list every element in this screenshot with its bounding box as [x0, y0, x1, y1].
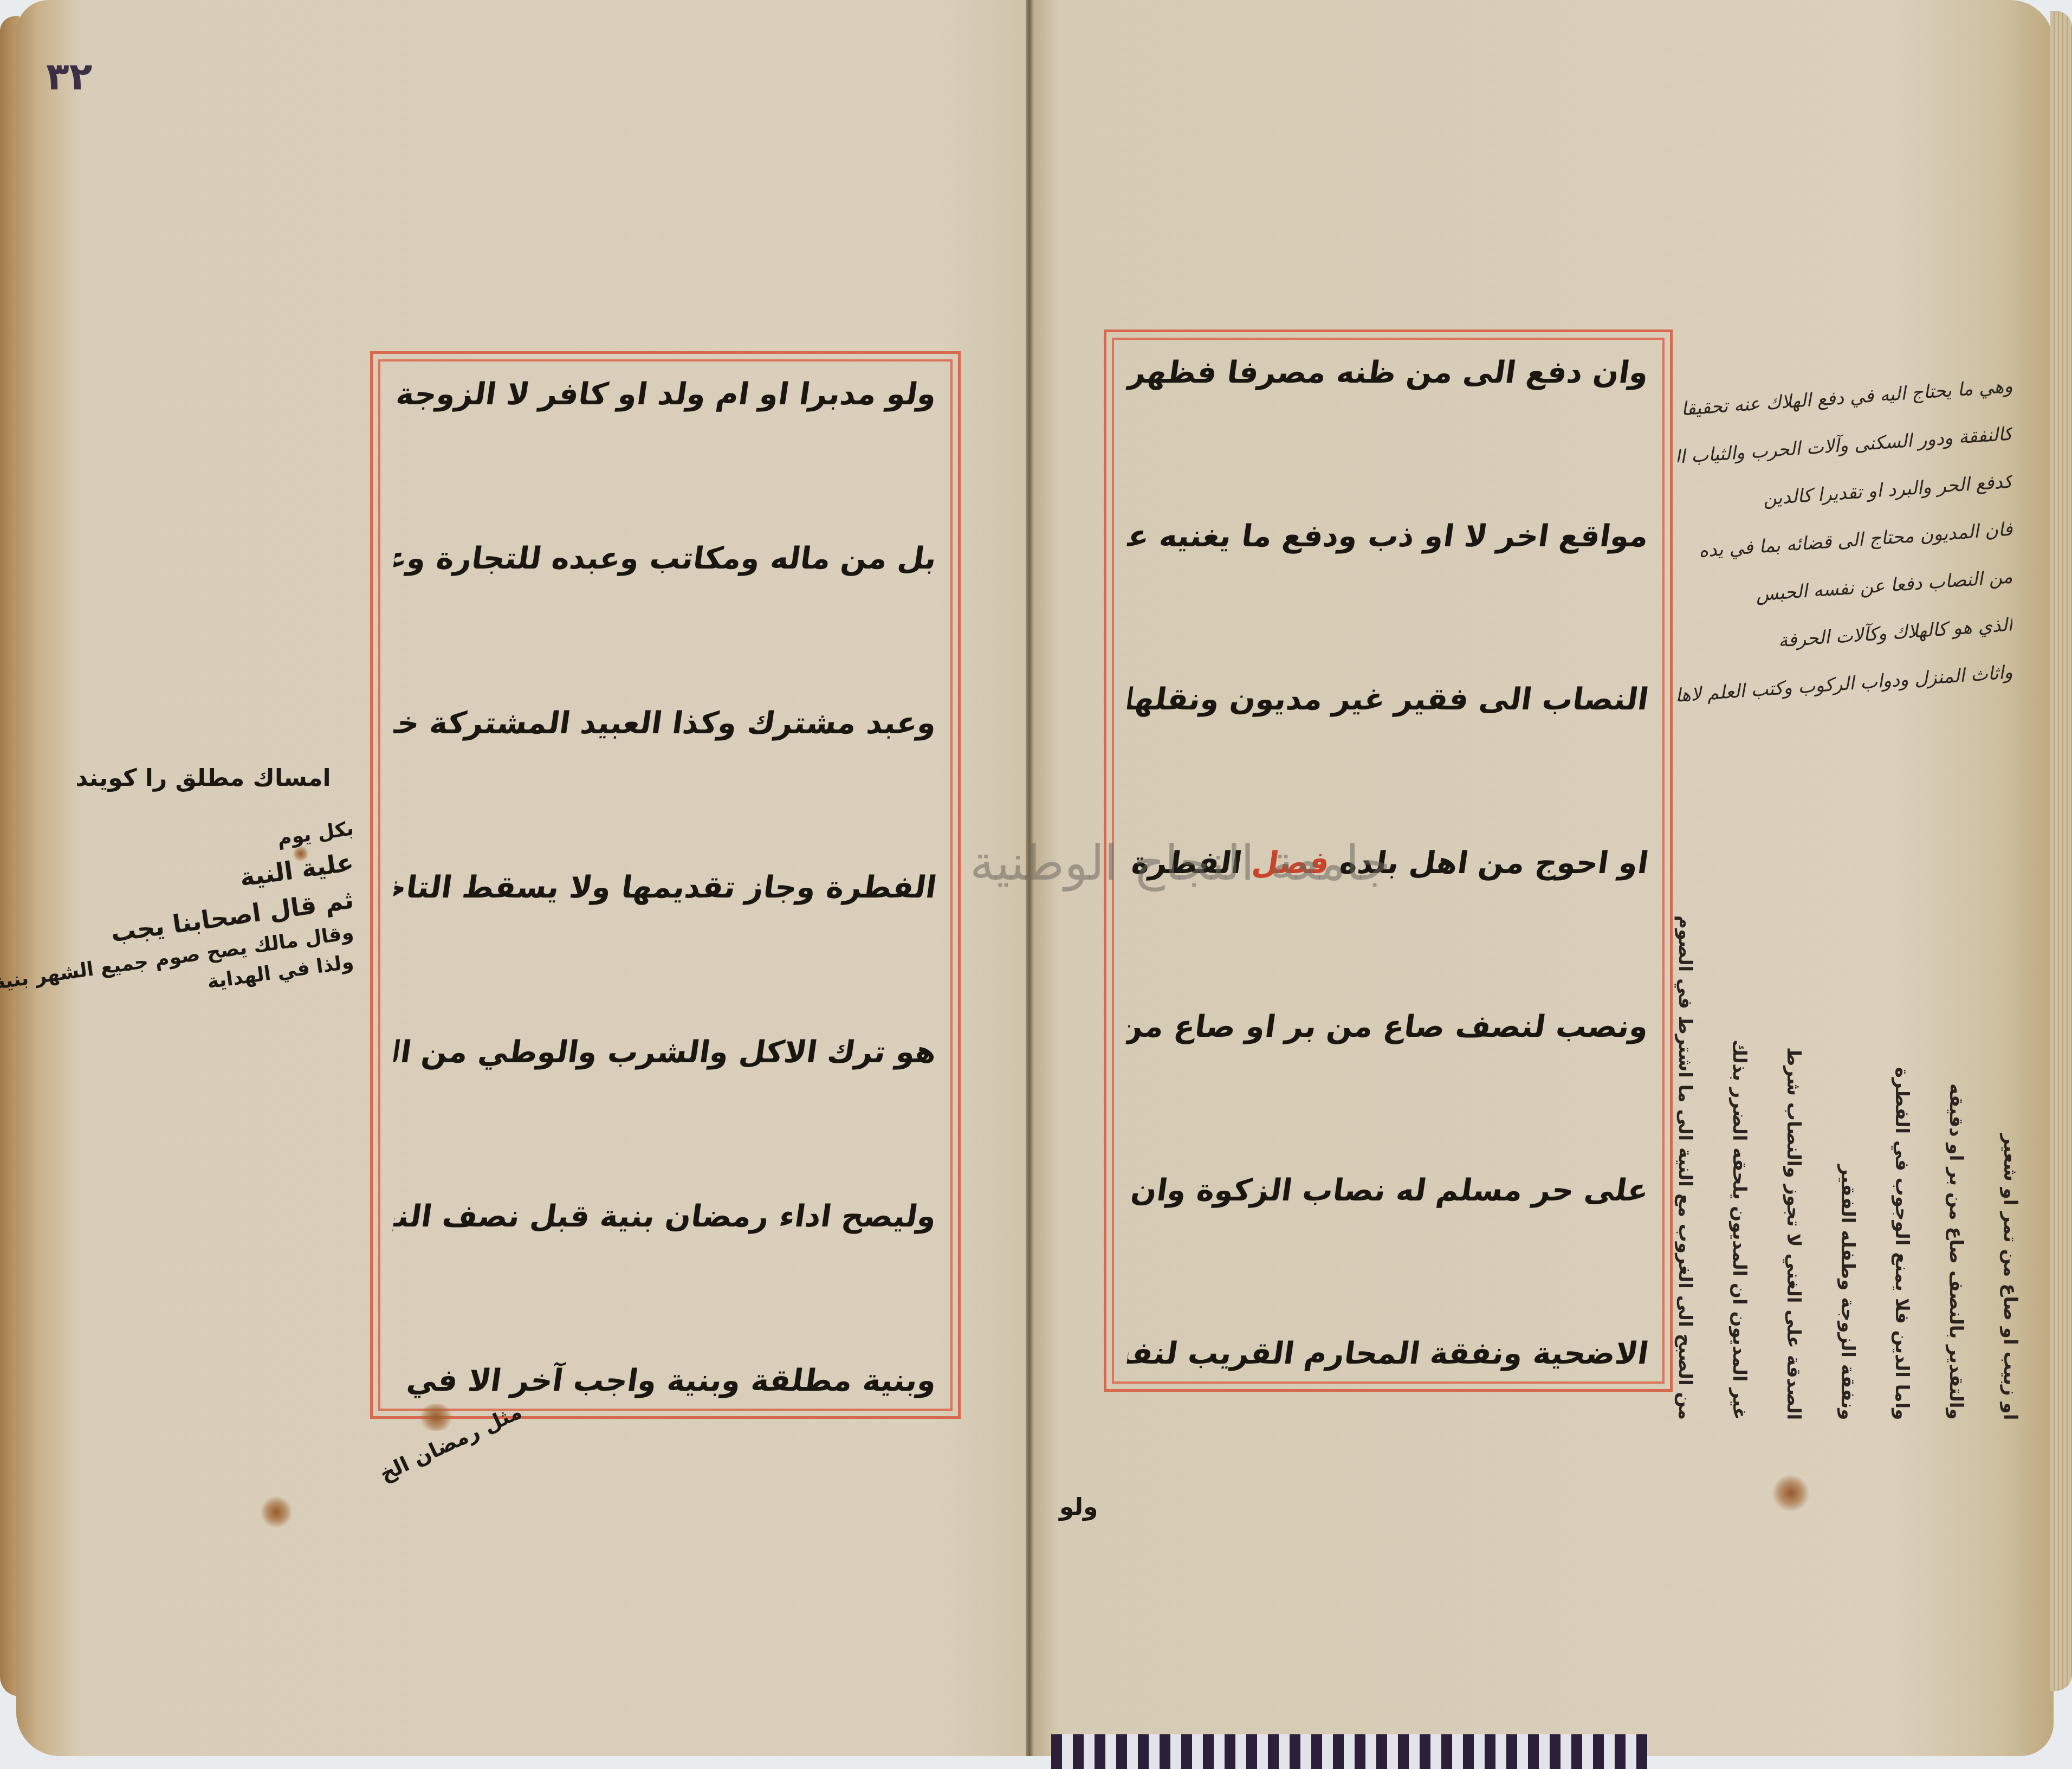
text-line: ونصب لنصف صاع من بر او صاع من تمر او شعي…: [1125, 1003, 1652, 1051]
library-watermark: جامعة النجاح الوطنية: [970, 835, 1390, 892]
paper-stain: [417, 1404, 455, 1431]
paper-stain: [1772, 1474, 1810, 1512]
text-line: وبنية مطلقة وبنية واجب آخر الا في سفر او…: [391, 1357, 940, 1405]
text-line: على حر مسلم له نصاب الزكوة وان لم ينم وب…: [1125, 1166, 1652, 1215]
right-margin-notes-top: وهي ما يحتاج اليه في دفع الهلاك عنه تحقي…: [1677, 374, 2013, 708]
left-text-frame: ولو مدبرا او ام ولد او كافر لا الزوجة وو…: [370, 351, 961, 1419]
text-line-with-heading: الفطرة وجاز تقديمها ولا يسقط التاخير كتا…: [391, 863, 940, 912]
paper-stain: [260, 1496, 293, 1528]
margin-note-title: امساك مطلق را كويند: [51, 764, 355, 792]
catchword-right: ولو: [1059, 1493, 1098, 1521]
manuscript-spread: ٣٢ ولو مدبرا او ام ولد او كافر لا الزوجة…: [0, 0, 2072, 1769]
text-line: هو ترك الاكل والشرب والوطي من الصبح الى …: [391, 1028, 940, 1077]
page-edge-stack: [2050, 11, 2072, 1691]
text-line: وليصح اداء رمضان بنية قبل نصف النهار الش…: [391, 1192, 940, 1241]
background-fabric: [1051, 1734, 1647, 1769]
text-line: بل من ماله ومكاتب وعبده للتجارة وعبد له …: [391, 534, 940, 583]
text-line: النصاب الى فقير غير مديون ونقلها الى بلد…: [1125, 675, 1652, 724]
text-line: وعبد مشترك وكذا العبيد المشتركة خلافا له…: [391, 699, 940, 748]
margin-vertical-line: ونفقة الزوجة وطفله الفقير: [1837, 797, 1859, 1420]
margin-vertical-line: والتقدير بالنصف صاع من بر او دقيقه: [1945, 797, 1967, 1420]
paper-stain: [293, 845, 309, 862]
text-segment: الفطرة وجاز تقديمها ولا يسقط التاخير: [391, 870, 939, 905]
right-margin-notes-vertical: من الصبح الى الغروب مع النية الى ما اشتر…: [1674, 797, 2021, 1420]
left-margin-notes: امساك مطلق را كويند بكل يوم علية النية ث…: [51, 764, 355, 998]
margin-vertical-line: غير المديون ان المديون يلحقه الضرر بذلك: [1728, 797, 1750, 1420]
folio-number: ٣٢: [46, 54, 92, 99]
margin-vertical-line: او زبيب او صاع من تمر او شعير: [1999, 797, 2021, 1420]
margin-vertical-line: الصدقة على الغني لا تجوز والنصاب شرط: [1783, 797, 1804, 1420]
text-line: الاضحية ونفقة المحارم القريب لنفسه وطفله…: [1125, 1329, 1652, 1378]
text-line: مواقع اخر لا او ذب ودفع ما يغنيه عن السؤ…: [1125, 512, 1652, 561]
text-line: وان دفع الى من ظنه مصرفا فظهر انه مملوك …: [1125, 348, 1652, 397]
margin-vertical-line: من الصبح الى الغروب مع النية الى ما اشتر…: [1674, 797, 1696, 1420]
text-line: ولو مدبرا او ام ولد او كافر لا الزوجة وو…: [391, 370, 940, 419]
margin-vertical-line: واما الدين فلا يمنع الوجوب في الفطرة: [1891, 797, 1913, 1420]
left-text-block: ولو مدبرا او ام ولد او كافر لا الزوجة وو…: [394, 370, 936, 1405]
